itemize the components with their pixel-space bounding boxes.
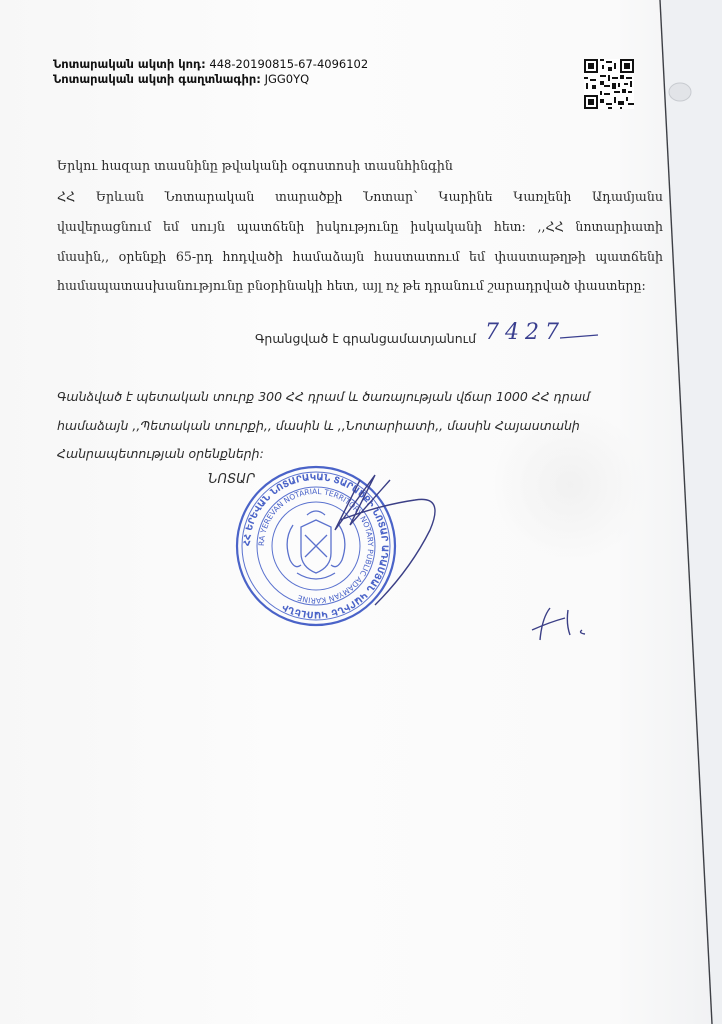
act-password-value: JGG0YQ <box>265 72 310 86</box>
text-word: Կառլենի <box>513 189 571 204</box>
text-word: պատճենի <box>237 219 305 234</box>
scanned-document-page: Նոտարական ակտի կոդ: 448-20190815-67-4096… <box>0 0 722 1024</box>
text-word: մասին,, <box>57 249 109 264</box>
secondary-signature <box>530 600 610 645</box>
fee-line-3: Հանրապետության օրենքների: <box>57 446 264 461</box>
text-word: Նոտարական <box>165 189 255 204</box>
text-word: հոդվածի <box>222 249 283 264</box>
act-code-value: 448-20190815-67-4096102 <box>209 57 368 71</box>
text-word: հաստատում <box>374 249 460 264</box>
text-word: եմ <box>469 249 485 264</box>
text-word: նոտարիատի <box>575 219 663 234</box>
registration-label: Գրանցված է գրանցամատյանում <box>255 331 476 346</box>
text-word: պատճենի <box>595 249 663 264</box>
text-word: Նոտար՝ <box>363 189 418 204</box>
text-word: սույն <box>191 219 225 234</box>
text-word: վավերացնում <box>57 219 151 234</box>
qr-code-icon <box>584 59 634 109</box>
text-word: իսկականի <box>410 219 482 234</box>
text-word: Երևան <box>96 189 144 204</box>
registration-number-handwritten: 7427 <box>485 320 565 345</box>
text-word: 65-րդ <box>176 249 213 264</box>
text-word: ,,ՀՀ <box>537 219 563 234</box>
act-code-row: Նոտարական ակտի կոդ: 448-20190815-67-4096… <box>53 57 368 72</box>
date-line: Երկու հազար տասնինը թվականի օգոստոսի տաս… <box>57 158 453 173</box>
text-word: օրենքի <box>119 249 167 264</box>
fee-line-1: Գանձված է պետական տուրք 300 ՀՀ դրամ և ծա… <box>57 389 590 404</box>
law-reference-line: մասին,, օրենքի 65-րդ հոդվածի համաձայն հա… <box>57 249 663 264</box>
fee-line-2: համաձայն ,,Պետական տուրքի,, մասին և ,,Նո… <box>57 418 580 433</box>
text-word: տարածքի <box>275 189 342 204</box>
notarial-act-meta: Նոտարական ակտի կոդ: 448-20190815-67-4096… <box>53 57 368 87</box>
notary-identification-line: ՀՀ Երևան Նոտարական տարածքի Նոտար՝ Կարինե… <box>57 189 663 204</box>
text-word: համաձայն <box>292 249 364 264</box>
text-word: իսկությունը <box>316 219 398 234</box>
text-word: Կարինե <box>438 189 492 204</box>
text-word: Ադամյանս <box>592 189 663 204</box>
text-word: եմ <box>163 219 179 234</box>
notary-signature <box>320 470 450 610</box>
conformity-line: համապատասխանությունը բնօրինակի հետ, այլ … <box>57 278 646 293</box>
text-word: հետ: <box>494 219 526 234</box>
act-code-label: Նոտարական ակտի կոդ: <box>53 57 206 71</box>
act-password-row: Նոտարական ակտի գաղտնագիր: JGG0YQ <box>53 72 368 87</box>
act-password-label: Նոտարական ակտի գաղտնագիր: <box>53 72 261 86</box>
text-word: ՀՀ <box>57 189 75 204</box>
registration-underline-stroke <box>560 334 600 340</box>
certification-line: վավերացնում եմ սույն պատճենի իսկությունը… <box>57 219 663 234</box>
text-word: փաստաթղթի <box>495 249 586 264</box>
